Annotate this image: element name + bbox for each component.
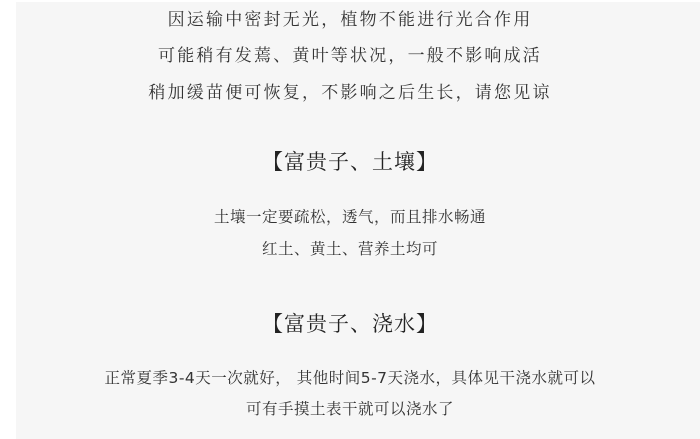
watering-line-2: 可有手摸土表干就可以浇水了 [0, 398, 700, 420]
intro-line-3: 稍加缓苗便可恢复，不影响之后生长，请您见谅 [0, 82, 700, 104]
watering-line-1: 正常夏季3-4天一次就好， 其他时间5-7天浇水，具体见干浇水就可以 [0, 367, 700, 389]
soil-line-2: 红土、黄土、营养土均可 [0, 238, 700, 260]
intro-line-2: 可能稍有发蔫、黄叶等状况，一般不影响成活 [0, 45, 700, 67]
intro-line-1: 因运输中密封无光，植物不能进行光合作用 [0, 9, 700, 31]
section-heading-watering: 【富贵子、浇水】 [0, 310, 700, 338]
soil-line-1: 土壤一定要疏松，透气，而且排水畅通 [0, 206, 700, 228]
section-heading-soil: 【富贵子、土壤】 [0, 148, 700, 176]
